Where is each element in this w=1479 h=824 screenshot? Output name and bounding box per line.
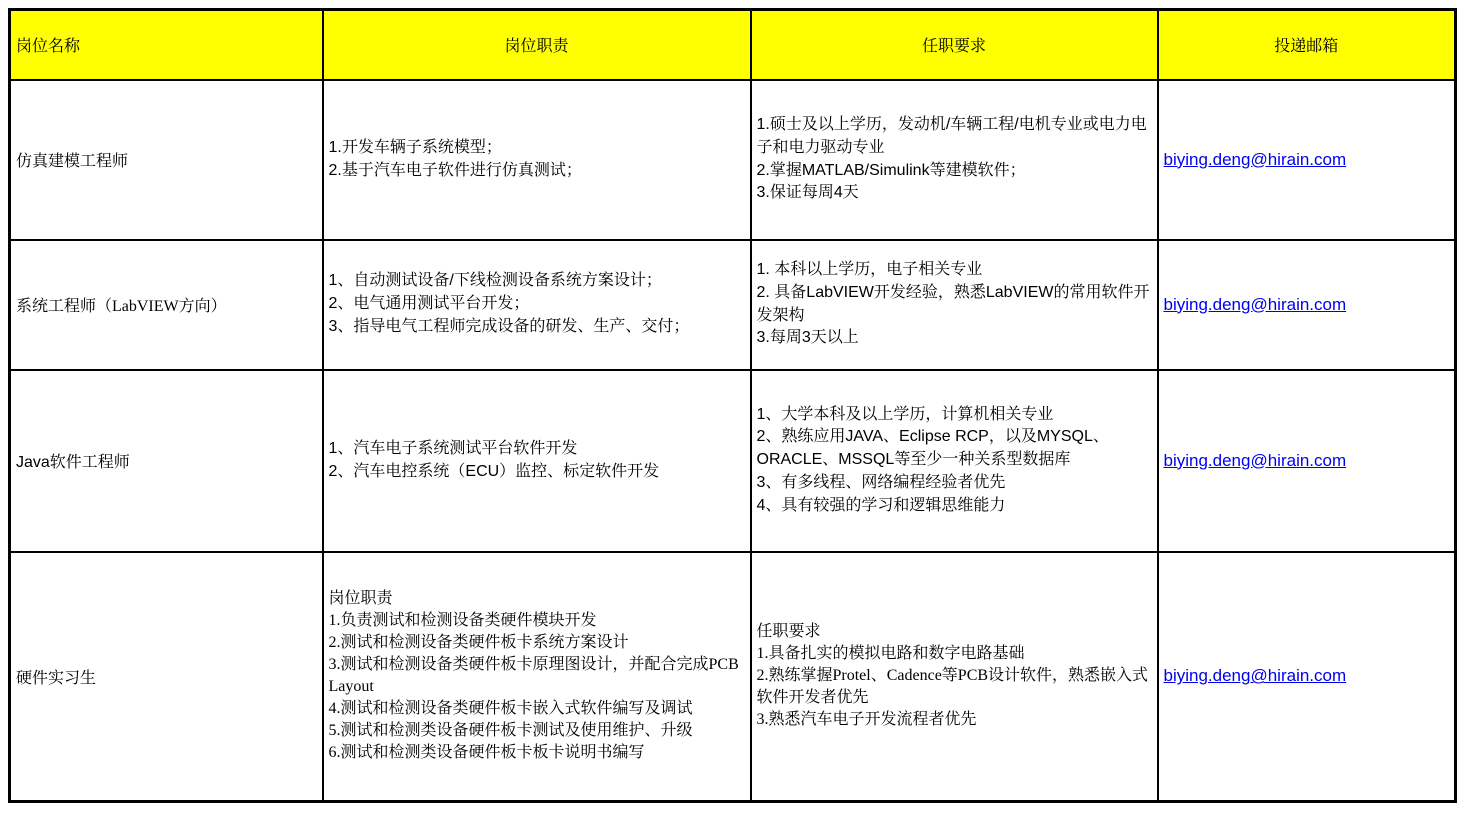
email-link[interactable]: biying.deng@hirain.com xyxy=(1164,295,1347,314)
header-job-requirements: 任职要求 xyxy=(751,10,1158,80)
email-cell: biying.deng@hirain.com xyxy=(1158,240,1456,370)
table-row-hardware-intern: 硬件实习生 岗位职责 1.负责测试和检测设备类硬件模块开发 2.测试和检测设备类… xyxy=(10,552,1456,802)
position-duties: 1、汽车电子系统测试平台软件开发 2、汽车电控系统（ECU）监控、标定软件开发 xyxy=(323,370,751,552)
position-title: 硬件实习生 xyxy=(10,552,323,802)
header-row: 岗位名称 岗位职责 任职要求 投递邮箱 xyxy=(10,10,1456,80)
email-link[interactable]: biying.deng@hirain.com xyxy=(1164,666,1347,685)
position-requirements: 1.硕士及以上学历，发动机/车辆工程/电机专业或电力电子和电力驱动专业 2.掌握… xyxy=(751,80,1158,240)
table-row-simulation-engineer: 仿真建模工程师 1.开发车辆子系统模型； 2.基于汽车电子软件进行仿真测试； 1… xyxy=(10,80,1456,240)
table-row-system-engineer: 系统工程师（LabVIEW方向） 1、自动测试设备/下线检测设备系统方案设计； … xyxy=(10,240,1456,370)
header-application-email: 投递邮箱 xyxy=(1158,10,1456,80)
position-duties: 1、自动测试设备/下线检测设备系统方案设计； 2、电气通用测试平台开发； 3、指… xyxy=(323,240,751,370)
header-job-duties: 岗位职责 xyxy=(323,10,751,80)
position-duties: 岗位职责 1.负责测试和检测设备类硬件模块开发 2.测试和检测设备类硬件板卡系统… xyxy=(323,552,751,802)
email-cell: biying.deng@hirain.com xyxy=(1158,370,1456,552)
position-title: Java软件工程师 xyxy=(10,370,323,552)
job-postings-table: 岗位名称 岗位职责 任职要求 投递邮箱 仿真建模工程师 1.开发车辆子系统模型；… xyxy=(8,8,1457,803)
position-requirements: 任职要求 1.具备扎实的模拟电路和数字电路基础 2.熟练掌握Protel、Cad… xyxy=(751,552,1158,802)
email-cell: biying.deng@hirain.com xyxy=(1158,80,1456,240)
position-title: 仿真建模工程师 xyxy=(10,80,323,240)
table-row-java-engineer: Java软件工程师 1、汽车电子系统测试平台软件开发 2、汽车电控系统（ECU）… xyxy=(10,370,1456,552)
position-requirements: 1. 本科以上学历，电子相关专业 2. 具备LabVIEW开发经验，熟悉LabV… xyxy=(751,240,1158,370)
position-duties: 1.开发车辆子系统模型； 2.基于汽车电子软件进行仿真测试； xyxy=(323,80,751,240)
email-cell: biying.deng@hirain.com xyxy=(1158,552,1456,802)
email-link[interactable]: biying.deng@hirain.com xyxy=(1164,150,1347,169)
email-link[interactable]: biying.deng@hirain.com xyxy=(1164,451,1347,470)
position-title: 系统工程师（LabVIEW方向） xyxy=(10,240,323,370)
header-position-name: 岗位名称 xyxy=(10,10,323,80)
spreadsheet-area: 岗位名称 岗位职责 任职要求 投递邮箱 仿真建模工程师 1.开发车辆子系统模型；… xyxy=(8,8,1457,803)
position-requirements: 1、大学本科及以上学历，计算机相关专业 2、熟练应用JAVA、Eclipse R… xyxy=(751,370,1158,552)
